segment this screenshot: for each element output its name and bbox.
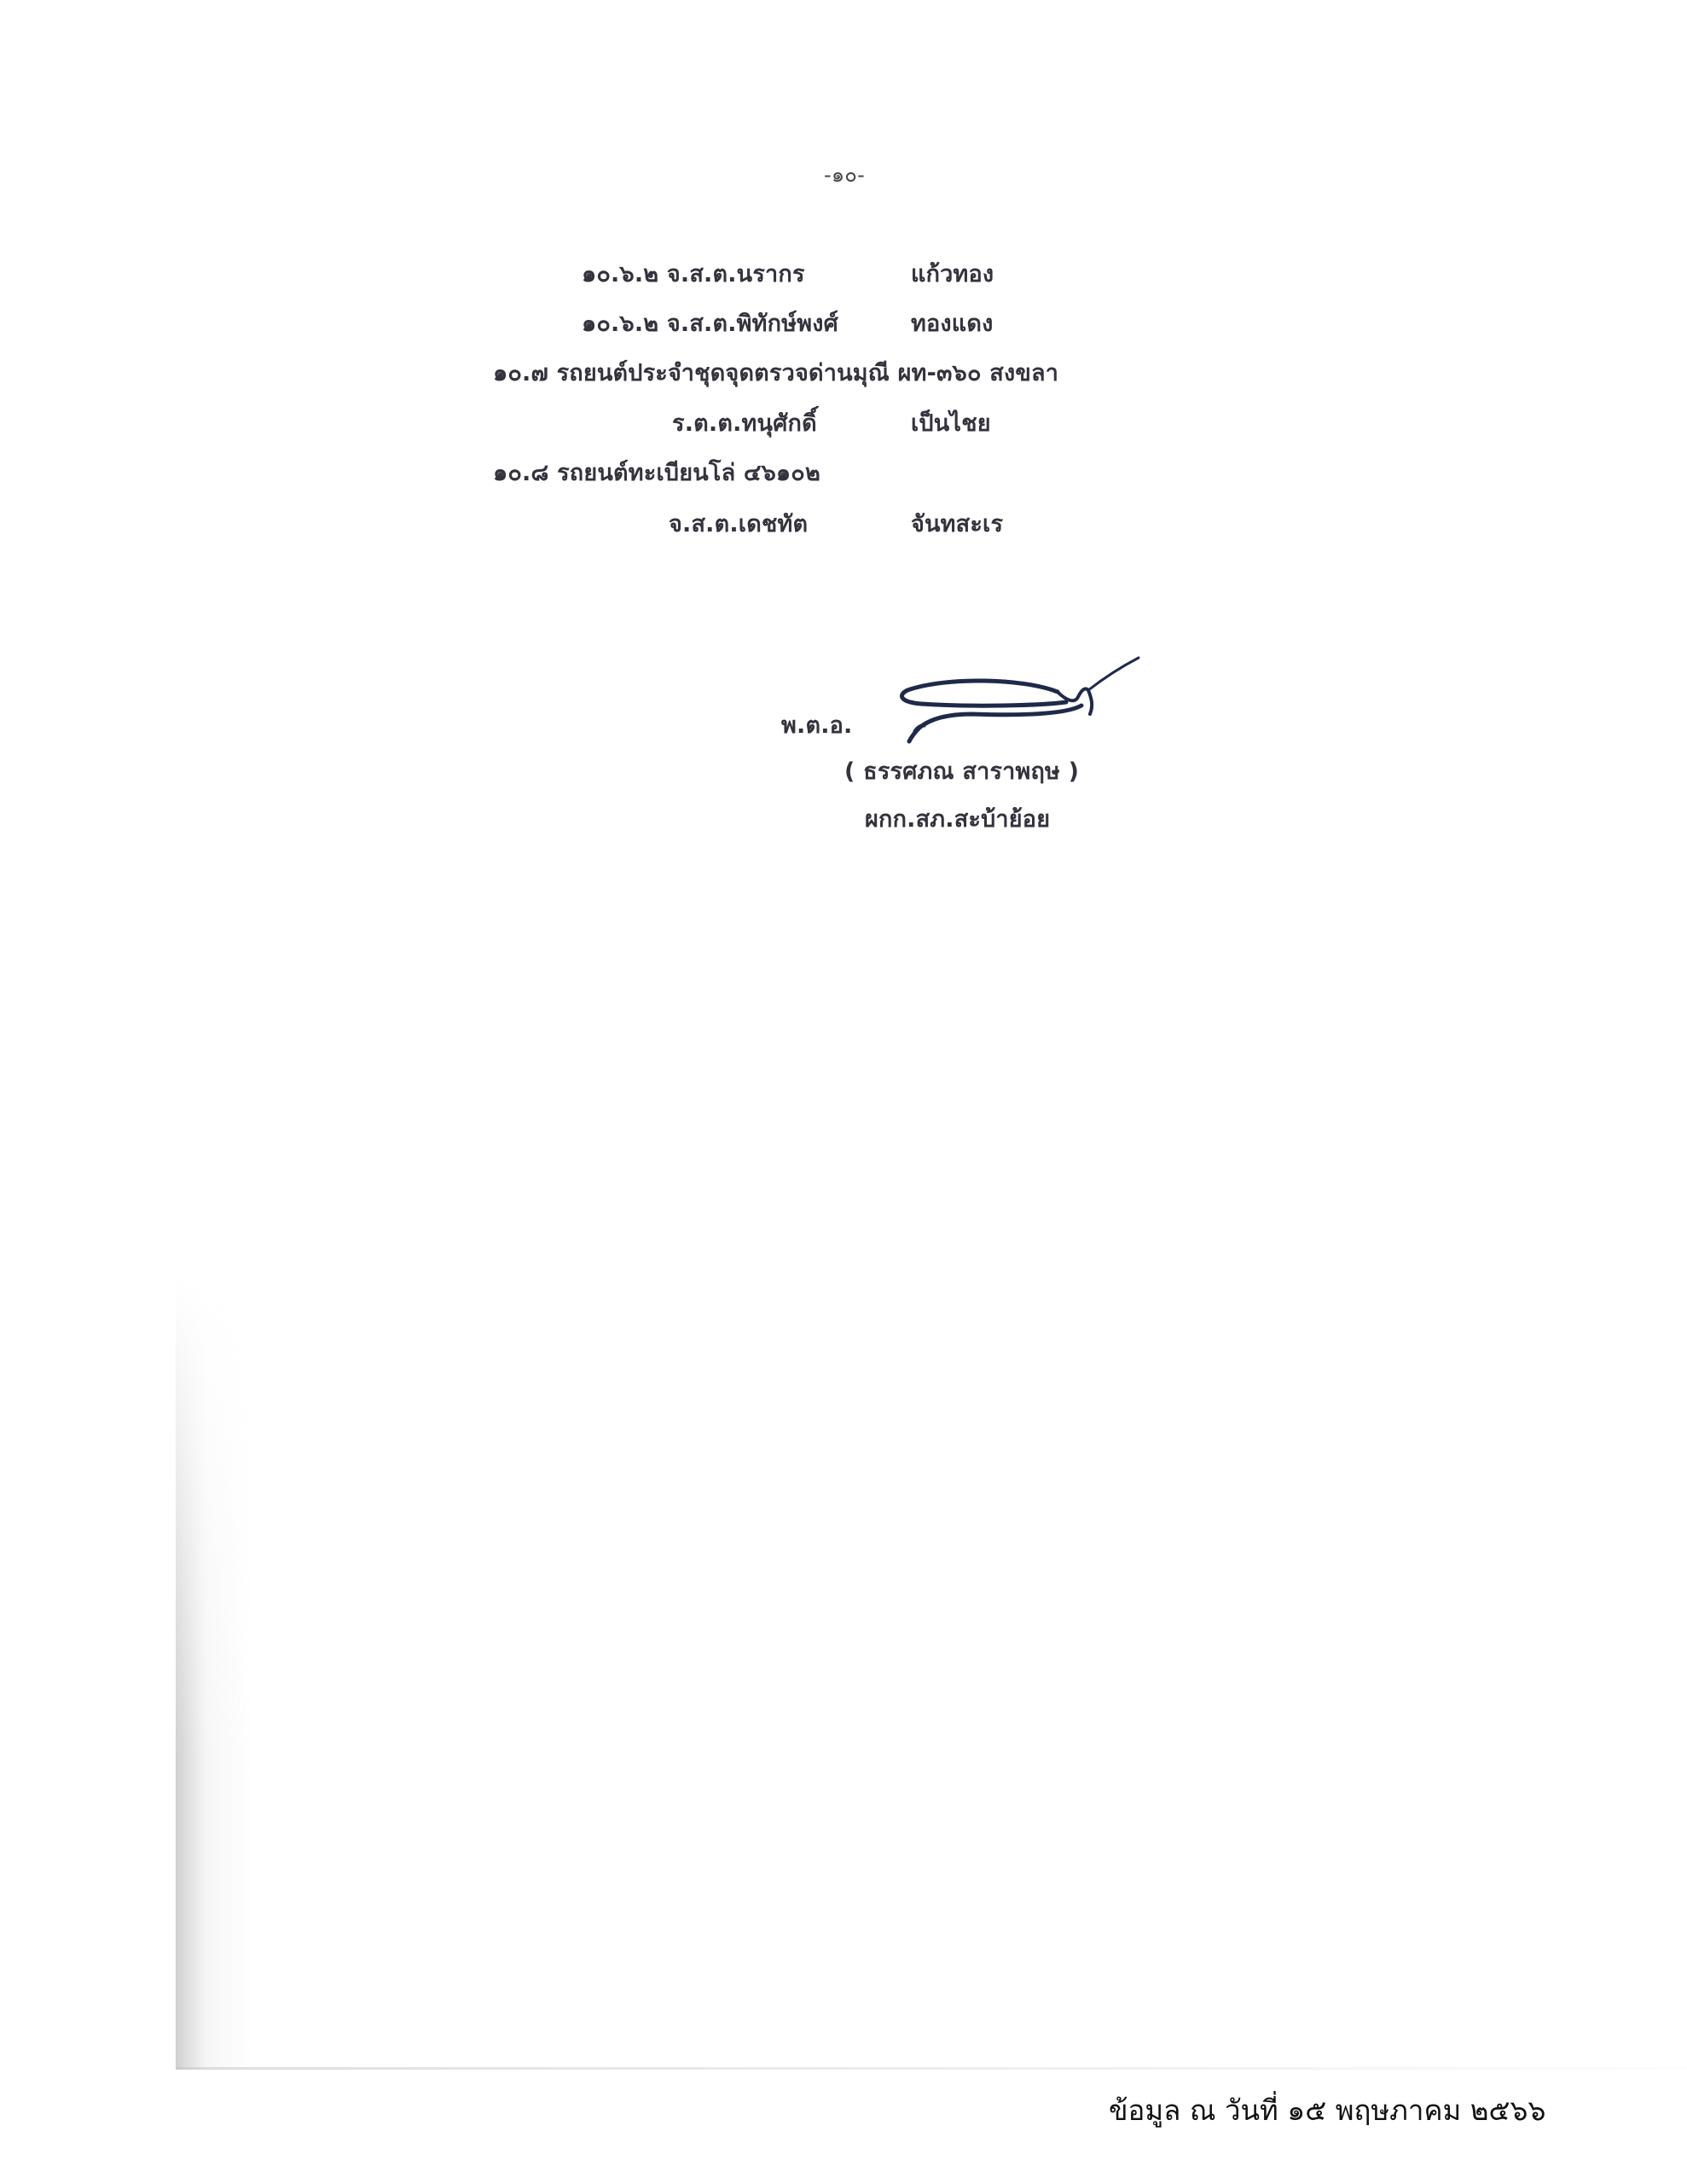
entry-1-surname: แก้วทอง bbox=[911, 260, 994, 289]
entry-2-surname: ทองแดง bbox=[911, 310, 994, 339]
data-as-of-note: ข้อมูล ณ วันที่ ๑๕ พฤษภาคม ๒๕๖๖ bbox=[1109, 2092, 1545, 2129]
entry-6-name: จ.ส.ต.เดชทัต bbox=[669, 510, 808, 539]
signatory-position: ผกก.สภ.สะบ้าย้อย bbox=[865, 805, 1050, 834]
signatory-rank: พ.ต.อ. bbox=[781, 712, 853, 741]
entry-4-name: ร.ต.ต.ทนุศักดิ์ bbox=[672, 409, 817, 439]
entry-5-vehicle: ๑๐.๘ รถยนต์ทะเบียนโล่ ๔๖๑๐๒ bbox=[493, 459, 820, 488]
entry-2-name: ๑๐.๖.๒ จ.ส.ต.พิทักษ์พงศ์ bbox=[582, 310, 838, 339]
page-number: -๑๐- bbox=[824, 160, 865, 189]
handwritten-signature-icon bbox=[896, 653, 1143, 746]
entry-6-surname: จันทสะเร bbox=[911, 510, 1003, 539]
entry-4-surname: เป็นไชย bbox=[911, 409, 991, 439]
entry-3-vehicle: ๑๐.๗ รถยนต์ประจำชุดจุดตรวจด่านมุณี ผท-๓๖… bbox=[493, 359, 1058, 388]
scan-shadow bbox=[176, 1280, 252, 2070]
signatory-name: ( ธรรศภณ สาราพฤษ ) bbox=[844, 758, 1079, 787]
scan-edge bbox=[176, 2067, 1687, 2070]
entry-1-name: ๑๐.๖.๒ จ.ส.ต.นรากร bbox=[582, 260, 805, 289]
